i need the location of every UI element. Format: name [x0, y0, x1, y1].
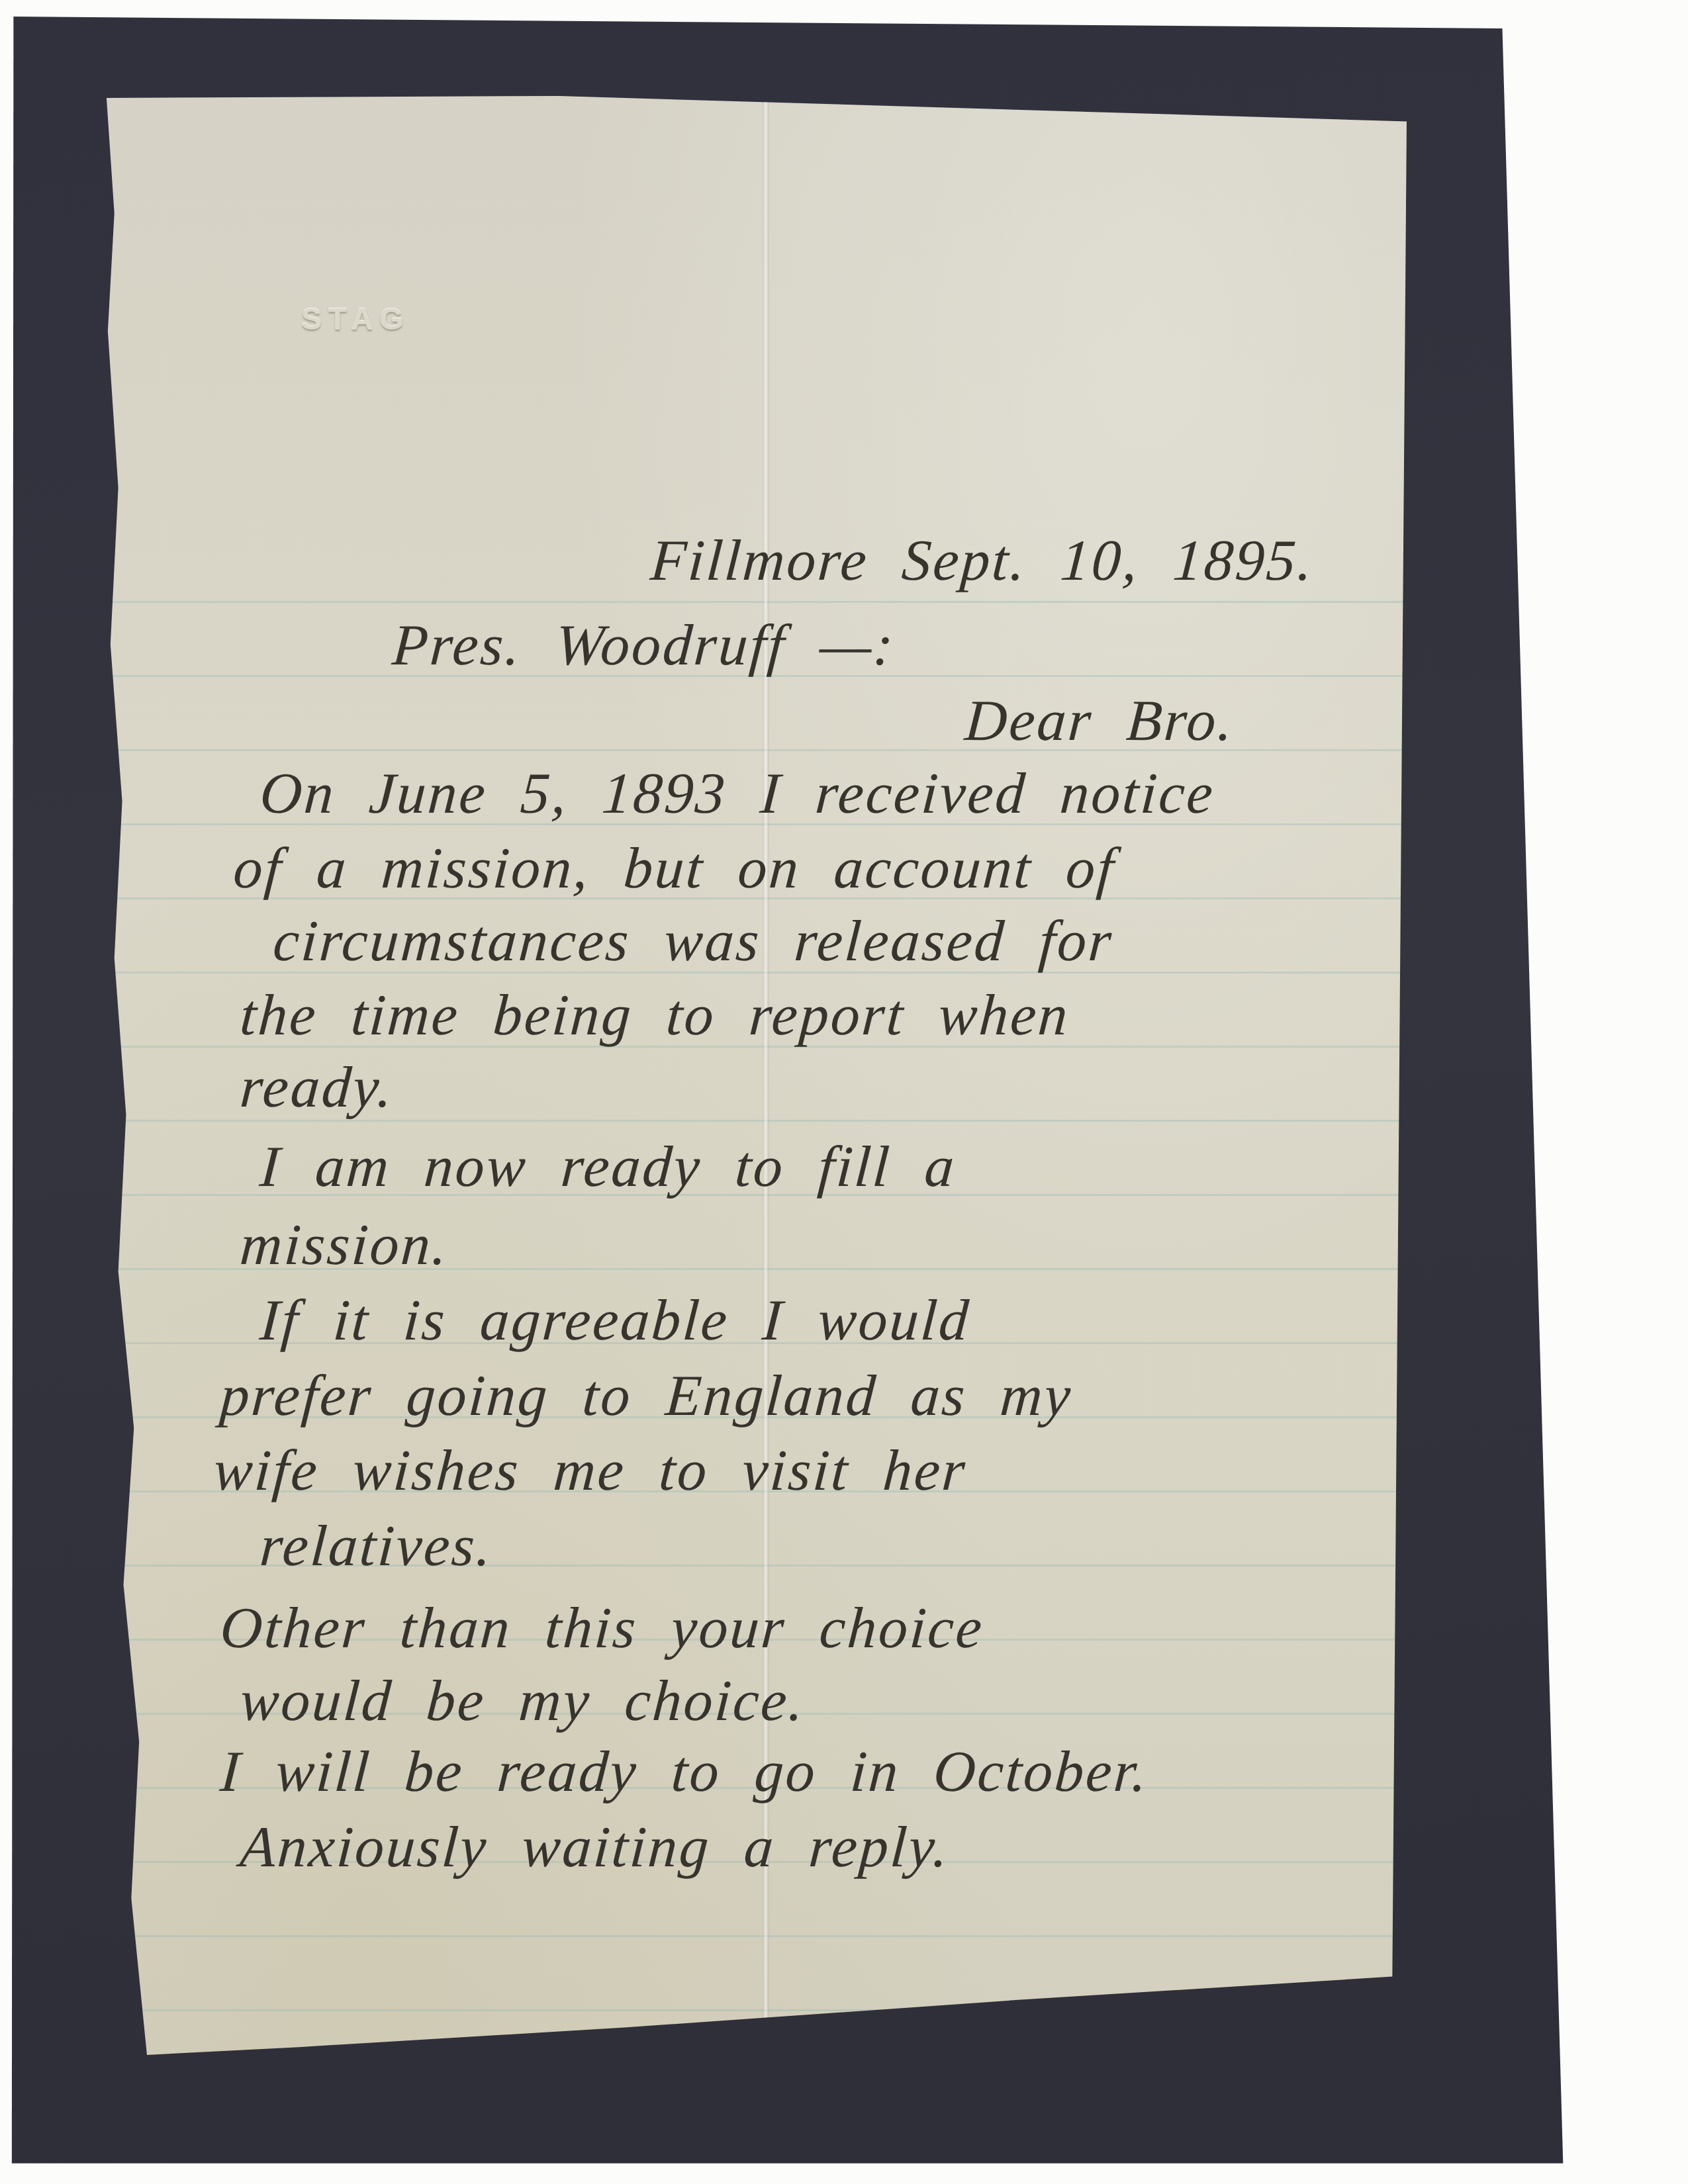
letter-line: of a mission, but on account of — [232, 840, 1117, 898]
letter-line: Anxiously waiting a reply. — [238, 1819, 952, 1877]
stag-embossed-watermark: STAG — [301, 301, 410, 337]
letter-paper: STAG Fillmore Sept. 10, 1895. Pres. Wood… — [103, 96, 1407, 2055]
letter-line: prefer going to England as my — [218, 1367, 1074, 1426]
letter-line: circumstances was released for — [271, 913, 1115, 971]
letter-line: Other than this your choice — [218, 1600, 986, 1658]
letter-line: would be my choice. — [238, 1672, 808, 1731]
letter-line: I am now ready to fill a — [258, 1138, 958, 1197]
letter-line: mission. — [238, 1216, 451, 1275]
salutation-line: Dear Bro. — [963, 692, 1237, 751]
letter-line: ready. — [238, 1059, 396, 1117]
letter-line: On June 5, 1893 I received notice — [258, 765, 1217, 823]
letter-line: relatives. — [258, 1518, 495, 1576]
letter-line: If it is agreeable I would — [258, 1292, 972, 1350]
letter-line: wife wishes me to visit her — [212, 1442, 969, 1500]
scan-page: STAG Fillmore Sept. 10, 1895. Pres. Wood… — [0, 0, 1688, 2184]
letter-line: the time being to report when — [238, 987, 1072, 1045]
letter-line: I will be ready to go in October. — [218, 1743, 1150, 1801]
dateline: Fillmore Sept. 10, 1895. — [649, 532, 1316, 590]
recipient-line: Pres. Woodruff —: — [391, 617, 897, 675]
